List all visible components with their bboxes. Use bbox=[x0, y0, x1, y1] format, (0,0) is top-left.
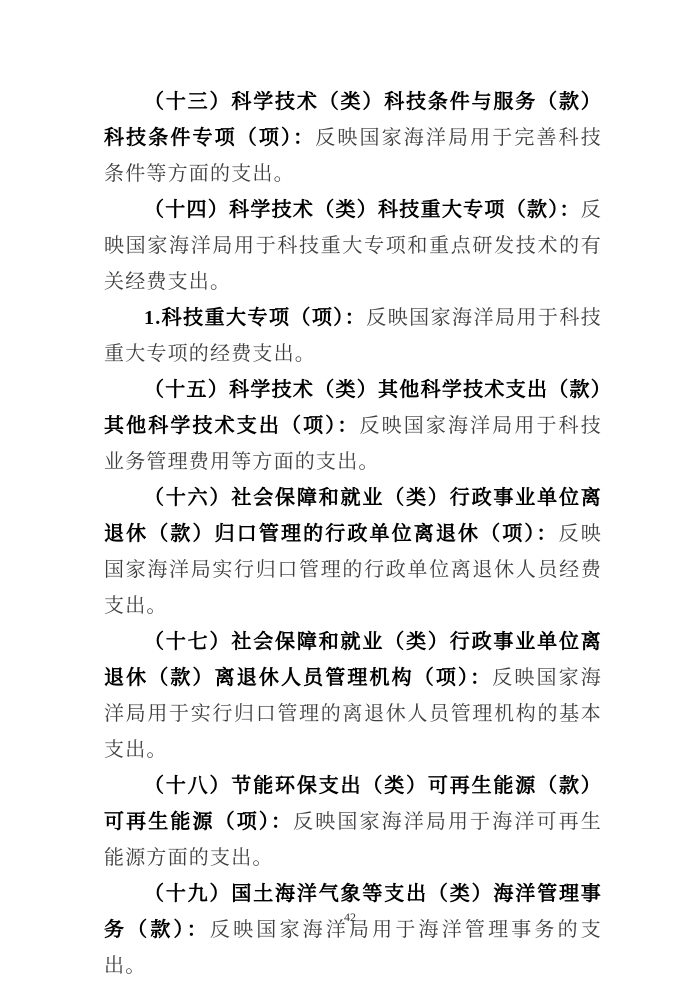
paragraph: 1.科技重大专项（项）：反映国家海洋局用于科技重大专项的经费支出。 bbox=[104, 300, 602, 372]
paragraph: （十五）科学技术（类）其他科学技术支出（款）其他科学技术支出（项）：反映国家海洋… bbox=[104, 372, 602, 480]
paragraph: （十七）社会保障和就业（类）行政事业单位离退休（款）离退休人员管理机构（项）：反… bbox=[104, 624, 602, 768]
paragraph: （十六）社会保障和就业（类）行政事业单位离退休（款）归口管理的行政单位离退休（项… bbox=[104, 480, 602, 624]
page-number: 42 bbox=[0, 910, 700, 925]
document-page: （十三）科学技术（类）科技条件与服务（款）科技条件专项（项）：反映国家海洋局用于… bbox=[0, 0, 700, 990]
document-body: （十三）科学技术（类）科技条件与服务（款）科技条件专项（项）：反映国家海洋局用于… bbox=[104, 84, 602, 984]
paragraph: （十三）科学技术（类）科技条件与服务（款）科技条件专项（项）：反映国家海洋局用于… bbox=[104, 84, 602, 192]
paragraph: （十九）国土海洋气象等支出（类）海洋管理事务（款）：反映国家海洋局用于海洋管理事… bbox=[104, 876, 602, 984]
paragraph: （十八）节能环保支出（类）可再生能源（款）可再生能源（项）：反映国家海洋局用于海… bbox=[104, 768, 602, 876]
paragraph-term: （十四）科学技术（类）科技重大专项（款）： bbox=[144, 199, 581, 221]
paragraph: （十四）科学技术（类）科技重大专项（款）：反映国家海洋局用于科技重大专项和重点研… bbox=[104, 192, 602, 300]
paragraph-term: 1.科技重大专项（项）： bbox=[144, 307, 366, 329]
paragraph-term: （十六）社会保障和就业（类）行政事业单位离退休（款）归口管理的行政单位离退休（项… bbox=[104, 487, 602, 545]
